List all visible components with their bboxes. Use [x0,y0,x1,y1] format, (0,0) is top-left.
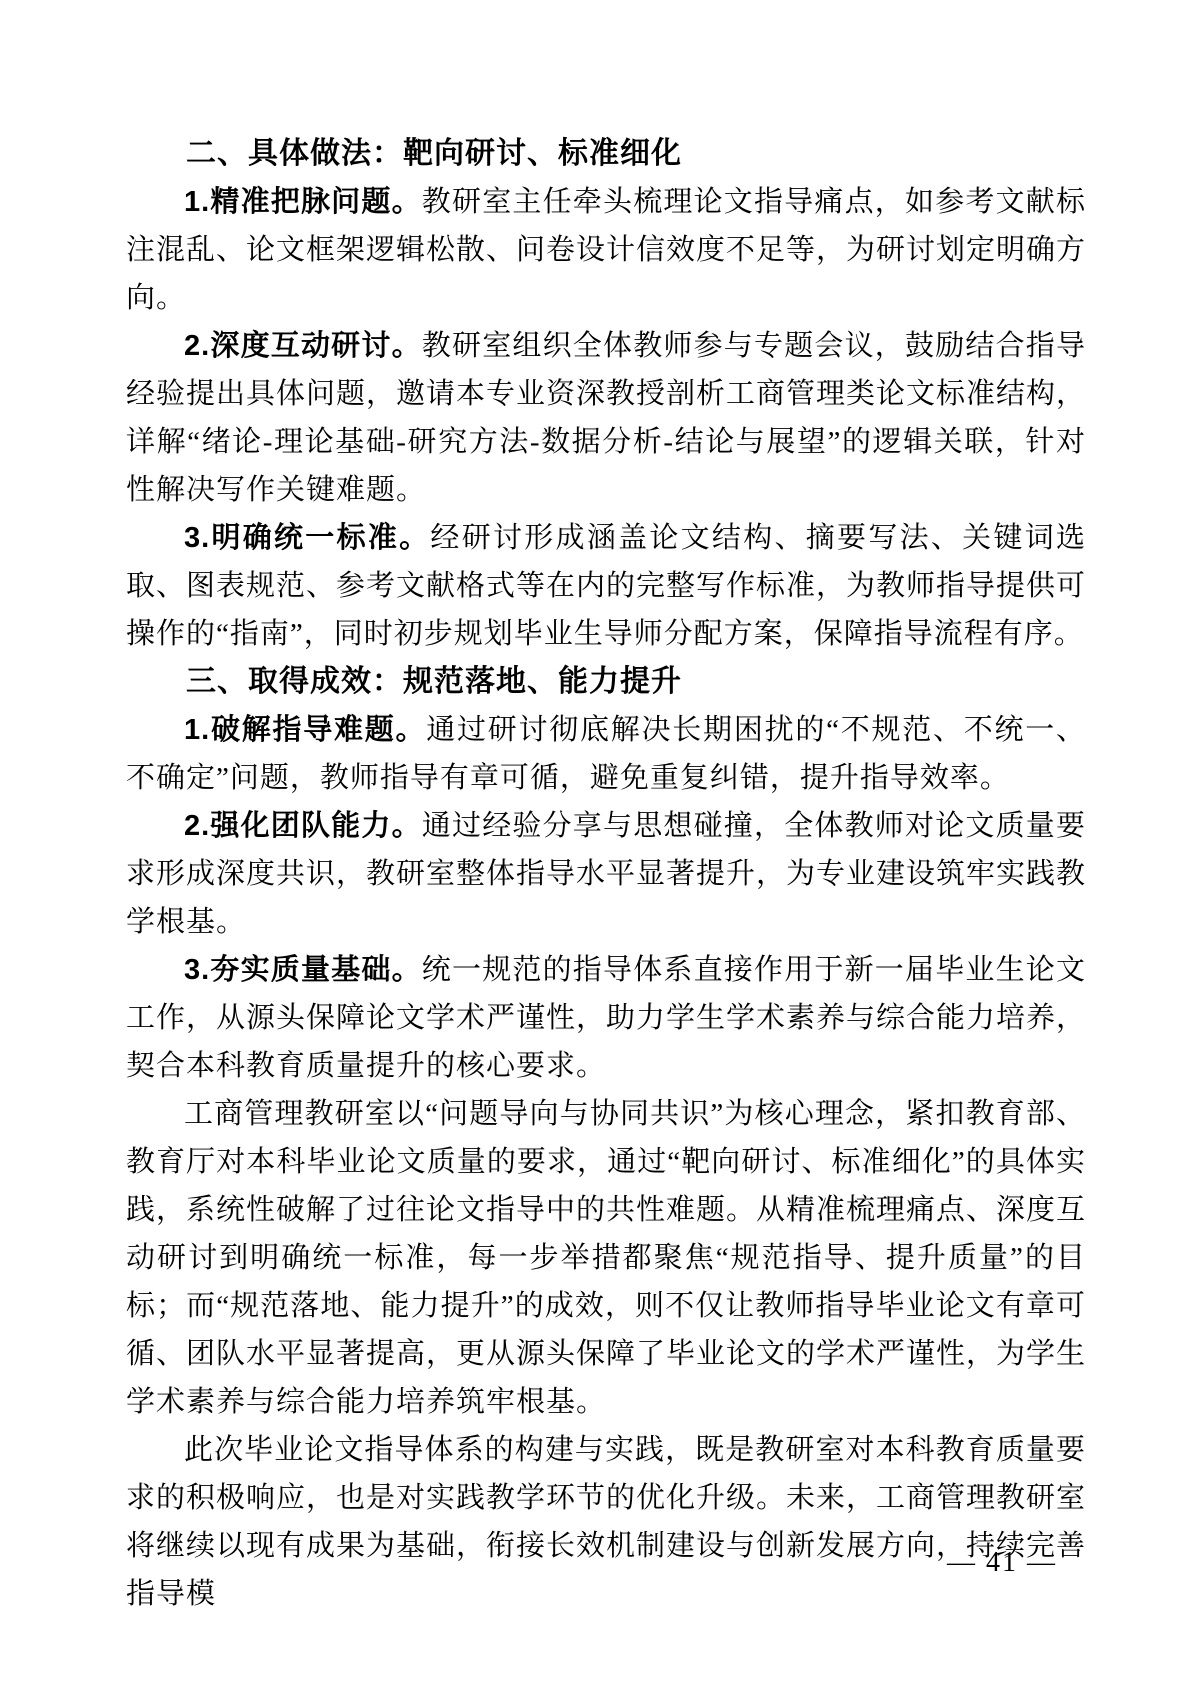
section-heading-2: 二、具体做法：靶向研讨、标准细化 [126,130,1086,178]
paragraph: 3.夯实质量基础。统一规范的指导体系直接作用于新一届毕业生论文工作，从源头保障论… [126,946,1086,1090]
section-heading-3: 三、取得成效：规范落地、能力提升 [126,658,1086,706]
paragraph: 3.明确统一标准。经研讨形成涵盖论文结构、摘要写法、关键词选取、图表规范、参考文… [126,514,1086,658]
paragraph: 2.强化团队能力。通过经验分享与思想碰撞，全体教师对论文质量要求形成深度共识，教… [126,802,1086,946]
paragraph-lead: 3.明确统一标准。 [184,522,430,554]
page-footer: — 41 — [947,1543,1057,1583]
paragraph-lead: 2.深度互动研讨。 [184,330,422,362]
paragraph: 1.破解指导难题。通过研讨彻底解决长期困扰的“不规范、不统一、不确定”问题，教师… [126,706,1086,802]
page-number: — 41 — [947,1547,1057,1578]
document-page: 二、具体做法：靶向研讨、标准细化 1.精准把脉问题。教研室主任牵头梳理论文指导痛… [0,0,1191,1684]
paragraph: 2.深度互动研讨。教研室组织全体教师参与专题会议，鼓励结合指导经验提出具体问题，… [126,322,1086,514]
paragraph-lead: 1.精准把脉问题。 [184,186,422,218]
paragraph-lead: 1.破解指导难题。 [184,714,426,746]
closing-paragraph: 此次毕业论文指导体系的构建与实践，既是教研室对本科教育质量要求的积极响应，也是对… [126,1426,1086,1618]
paragraph-lead: 3.夯实质量基础。 [184,954,422,986]
closing-paragraph: 工商管理教研室以“问题导向与协同共识”为核心理念，紧扣教育部、教育厅对本科毕业论… [126,1090,1086,1426]
paragraph-lead: 2.强化团队能力。 [184,810,422,842]
paragraph: 1.精准把脉问题。教研室主任牵头梳理论文指导痛点，如参考文献标注混乱、论文框架逻… [126,178,1086,322]
document-body: 二、具体做法：靶向研讨、标准细化 1.精准把脉问题。教研室主任牵头梳理论文指导痛… [126,130,1086,1618]
